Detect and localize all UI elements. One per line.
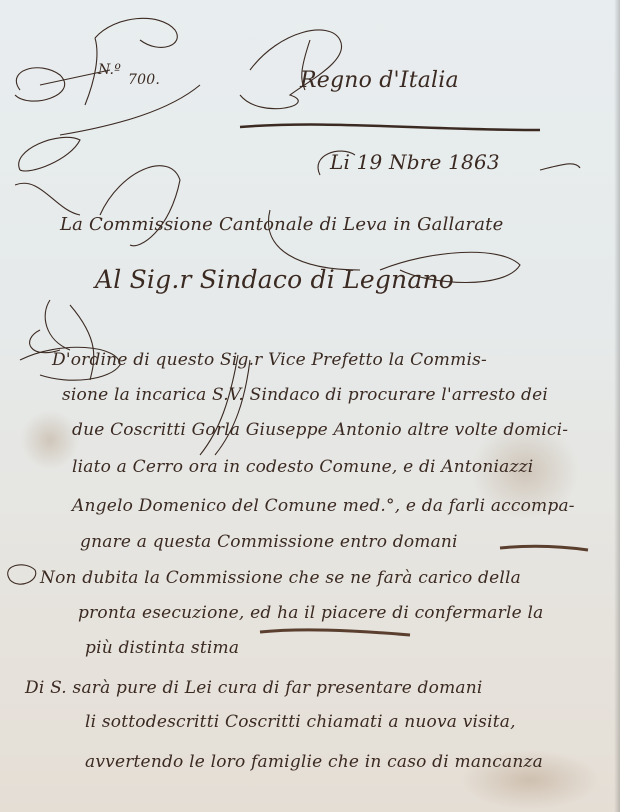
paragraph-2-line-3: più distinta stima xyxy=(85,638,239,658)
paragraph-3-line-2: li sottodescritti Coscritti chiamati a n… xyxy=(85,712,516,732)
addressee-line: Al Sig.r Sindaco di Legnano xyxy=(95,265,454,294)
paragraph-3-line-1: Di S. sarà pure di Lei cura di far prese… xyxy=(25,678,483,698)
paragraph-1-line-1: D'ordine di questo Sig.r Vice Prefetto l… xyxy=(52,350,487,370)
paragraph-2-line-1: Non dubita la Commissione che se ne farà… xyxy=(40,568,521,588)
letterhead-title: Regno d'Italia xyxy=(300,68,459,93)
document-number: 700. xyxy=(128,72,160,88)
letter-page: N.º 700. Regno d'Italia Li 19 Nbre 1863 … xyxy=(0,0,620,812)
paragraph-1-line-5: Angelo Domenico del Comune med.°, e da f… xyxy=(72,496,575,516)
document-number-label: N.º xyxy=(98,62,121,78)
paper-edge xyxy=(614,0,620,812)
sender-line: La Commissione Cantonale di Leva in Gall… xyxy=(60,214,503,235)
paragraph-3-line-3: avvertendo le loro famiglie che in caso … xyxy=(85,752,543,772)
paragraph-1-line-6: gnare a questa Commissione entro domani xyxy=(80,532,458,552)
paragraph-2-line-2: pronta esecuzione, ed ha il piacere di c… xyxy=(78,603,543,623)
paragraph-1-line-4: liato a Cerro ora in codesto Comune, e d… xyxy=(72,457,533,477)
paragraph-1-line-2: sione la incarica S.V. Sindaco di procur… xyxy=(62,385,548,405)
date-line: Li 19 Nbre 1863 xyxy=(330,150,500,174)
paper-stain xyxy=(20,410,80,470)
paragraph-1-line-3: due Coscritti Gorla Giuseppe Antonio alt… xyxy=(72,420,568,440)
